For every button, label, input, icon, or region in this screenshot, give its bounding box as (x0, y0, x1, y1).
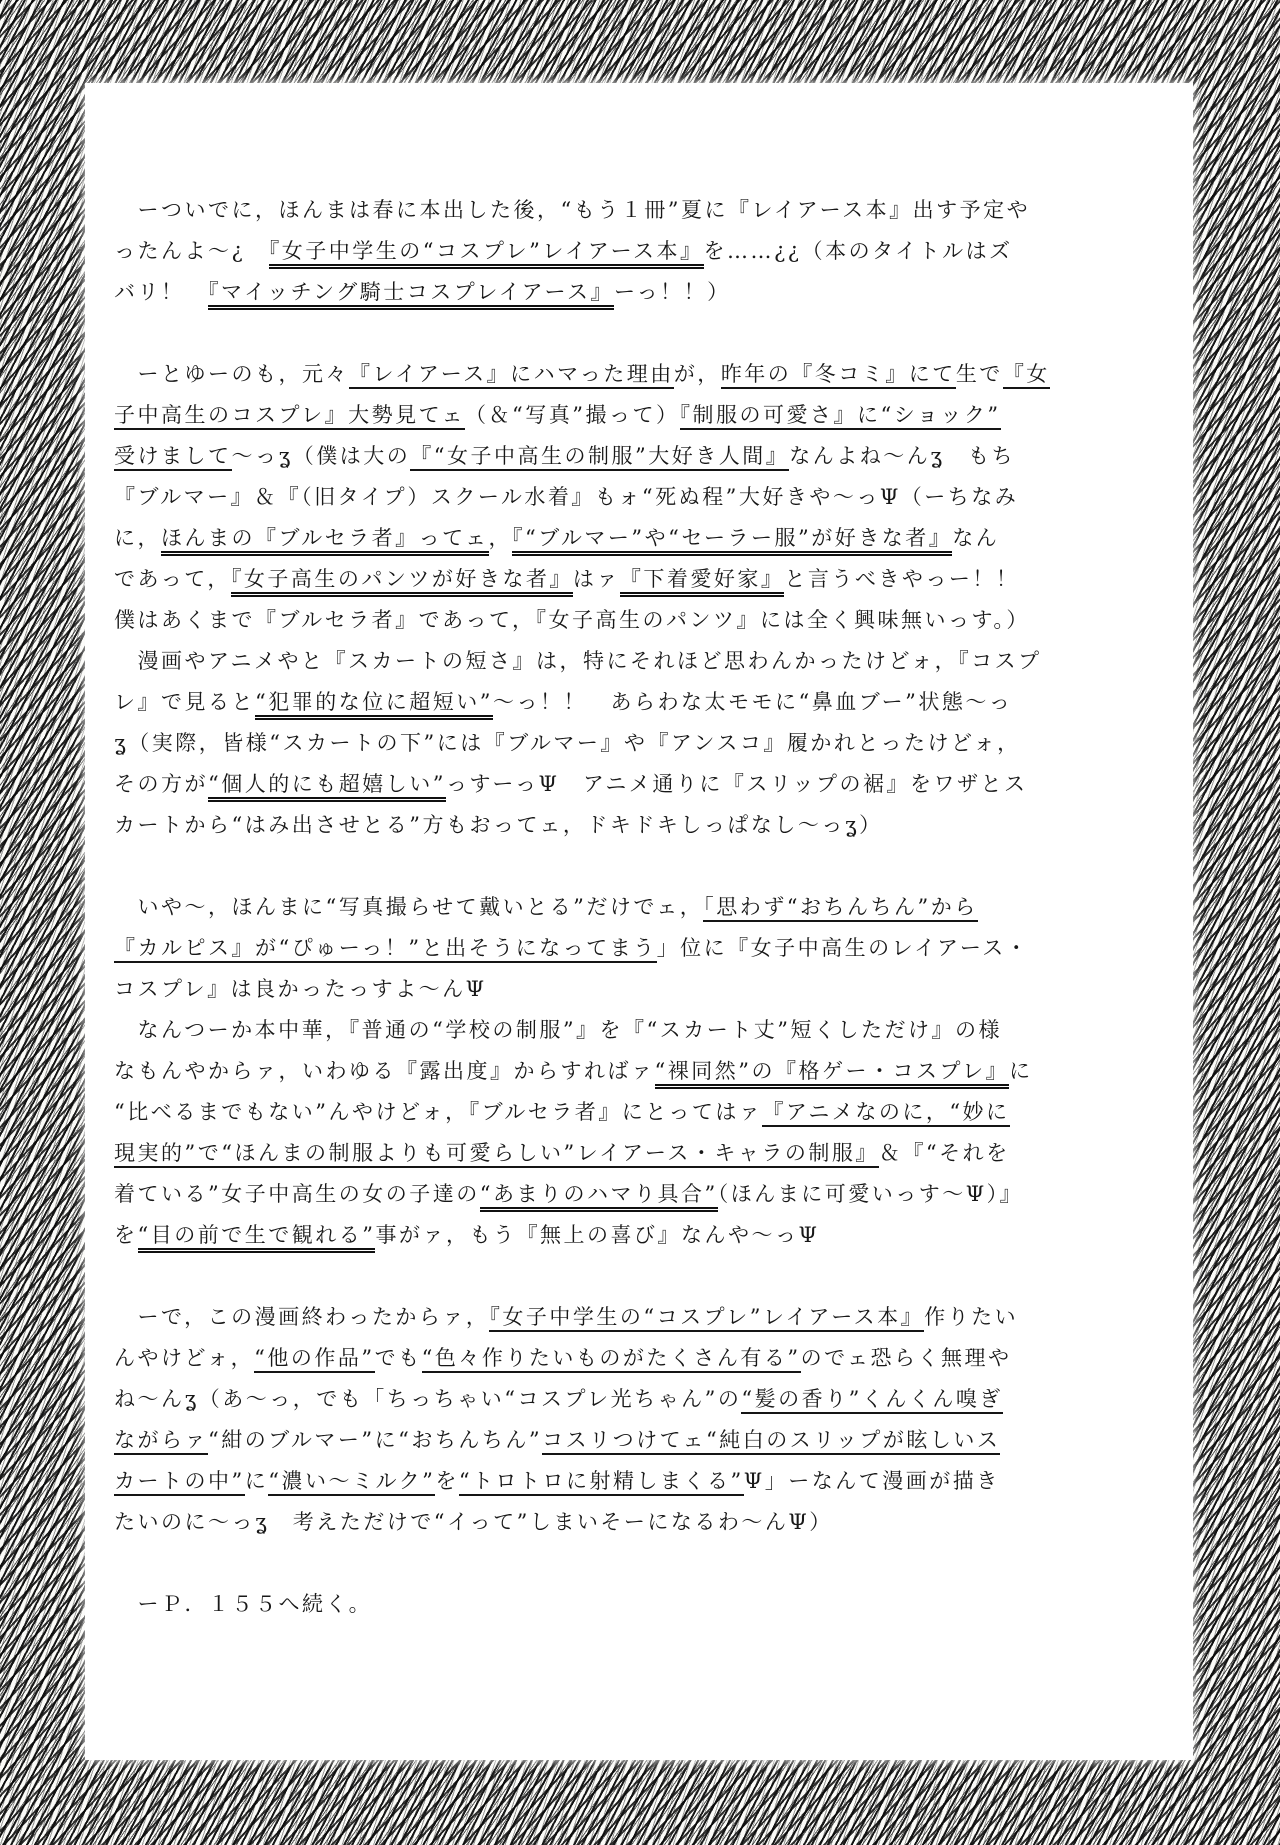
underlined-text: “他の作品” (254, 1346, 374, 1373)
text-segment: ね～んʓ（あ～っ，でも「ちっちゃい“コスプレ光ちゃん”の (114, 1387, 741, 1411)
underlined-text: カートの中” (114, 1469, 245, 1496)
underlined-text: 『カルピス』が“ぴゅーっ！”と出そうになってまう (114, 936, 657, 963)
text-line: んやけどォ，“他の作品”でも“色々作りたいものがたくさん有る”のでェ恐らく無理や (114, 1338, 1094, 1379)
text-segment: ʓ（実際，皆様“スカートの下”には『ブルマー』や『アンスコ』履かれとったけどォ， (114, 731, 1021, 755)
underlined-text: 『“ブルマー”や“セーラー服”が好きな者』 (512, 526, 952, 556)
text-segment: 事がァ，もう『無上の喜び』なんや～っΨ (375, 1223, 819, 1247)
text-segment: ーとゆーのも，元々 (114, 362, 349, 386)
text-segment: っすーっΨ アニメ通りに『スリップの裾』をワザとス (446, 772, 1028, 796)
text-segment: を……¿¿（本のタイトルはズ (704, 239, 1013, 263)
text-line: その方が“個人的にも超嬉しい”っすーっΨ アニメ通りに『スリップの裾』をワザとス (114, 764, 1094, 805)
text-line: レ』で見ると“犯罪的な位に超短い”～っ！！ あらわな太モモに“鼻血ブー”状態～っ (114, 682, 1094, 723)
underlined-text: 『女子中学生の“コスプレ”レイアース本』 (269, 239, 704, 269)
text-segment: （＆“写真”撮って） (465, 403, 679, 427)
text-segment: ～っ！！ あらわな太モモに“鼻血ブー”状態～っ (493, 690, 1012, 714)
paragraph: ーで，この漫画終わったからァ，『女子中学生の“コスプレ”レイアース本』作りたいん… (114, 1297, 1094, 1543)
text-line: カートの中”に“濃い～ミルク”を“トロトロに射精しまくる”Ψ」ーなんて漫画が描き (114, 1461, 1094, 1502)
text-segment: ーついでに，ほんまは春に本出した後，“もう１冊”夏に『レイアース本』出す予定や (114, 198, 1030, 222)
text-line: 現実的”で“ほんまの制服よりも可愛らしい”レイアース・キャラの制服』＆『“それを (114, 1133, 1094, 1174)
paragraph: ーＰ．１５５へ続く。 (114, 1584, 1094, 1625)
text-line: ʓ（実際，皆様“スカートの下”には『ブルマー』や『アンスコ』履かれとったけどォ， (114, 723, 1094, 764)
text-segment: “紺のブルマー”に“おちんちん” (208, 1428, 542, 1452)
underlined-text: 現実的”で“ほんまの制服よりも可愛らしい”レイアース・キャラの制服』 (114, 1141, 879, 1168)
text-line: コスプレ』は良かったっすよ～んΨ (114, 969, 1094, 1010)
text-segment: 生で (956, 362, 1003, 386)
text-line: なもんやからァ，いわゆる『露出度』からすればァ“裸同然”の『格ゲー・コスプレ』に (114, 1051, 1094, 1092)
underlined-text: 『レイアース』にハマった理由 (349, 362, 674, 389)
text-segment: 『ブルマー』＆『（旧タイプ）スクール水着』もォ“死ぬ程”大好きや～っΨ（ーちなみ (114, 485, 1018, 509)
text-segment: なん (952, 526, 999, 550)
text-line: 子中高生のコスプレ』大勢見てェ（＆“写真”撮って）『制服の可愛さ』に“ショック” (114, 395, 1094, 436)
underlined-text: ほんまの『ブルセラ者』ってェ (161, 526, 489, 556)
underlined-text: 『アニメなのに，“妙に (762, 1100, 1009, 1127)
text-line: ながらァ“紺のブルマー”に“おちんちん”コスリつけてェ“純白のスリップが眩しいス (114, 1420, 1094, 1461)
text-segment: のでェ恐らく無理や (801, 1346, 1012, 1370)
text-segment: に， (114, 526, 161, 550)
text-segment: なもんやからァ，いわゆる『露出度』からすればァ (114, 1059, 655, 1083)
text-line: 着ている”女子中高生の女の子達の“あまりのハマり具合”（ほんまに可愛いっす～Ψ）… (114, 1174, 1094, 1215)
text-line: を“目の前で生で観れる”事がァ，もう『無上の喜び』なんや～っΨ (114, 1215, 1094, 1256)
underlined-text: 受けまして (114, 444, 232, 471)
body-text: ーついでに，ほんまは春に本出した後，“もう１冊”夏に『レイアース本』出す予定やっ… (114, 190, 1094, 1625)
text-segment: を (114, 1223, 138, 1247)
paragraph: ーついでに，ほんまは春に本出した後，“もう１冊”夏に『レイアース本』出す予定やっ… (114, 190, 1094, 313)
text-segment: と言うべきやっー！！ (784, 567, 1019, 591)
text-segment: カートから“はみ出させとる”方もおってェ，ドキドキしっぱなし～っʓ） (114, 813, 883, 837)
text-segment: バリ！ (114, 280, 208, 304)
underlined-text: “あまりのハマり具合” (480, 1182, 718, 1212)
scanned-page: ーついでに，ほんまは春に本出した後，“もう１冊”夏に『レイアース本』出す予定やっ… (88, 86, 1190, 1757)
underlined-text: “裸同然”の『格ゲー・コスプレ』 (655, 1059, 1010, 1089)
underlined-text: ながらァ (114, 1428, 208, 1455)
text-segment: でも (375, 1346, 422, 1370)
text-segment: ったんよ～¿ (114, 239, 269, 263)
text-line: いや～，ほんまに“写真撮らせて戴いとる”だけでェ，「思わず“おちんちん”から (114, 887, 1094, 928)
text-segment: いや～，ほんまに“写真撮らせて戴いとる”だけでェ， (114, 895, 703, 919)
text-segment: が， (674, 362, 721, 386)
underlined-text: 子中高生のコスプレ』大勢見てェ (114, 403, 465, 430)
text-segment: ーで，この漫画終わったからァ， (114, 1305, 489, 1329)
text-line: 『ブルマー』＆『（旧タイプ）スクール水着』もォ“死ぬ程”大好きや～っΨ（ーちなみ (114, 477, 1094, 518)
underlined-text: 「思わず“おちんちん”から (703, 895, 977, 922)
underlined-text: 『女 (1003, 362, 1050, 389)
text-line: “比べるまでもない”んやけどォ，『ブルセラ者』にとってはァ『アニメなのに，“妙に (114, 1092, 1094, 1133)
paragraph: ーとゆーのも，元々『レイアース』にハマった理由が，昨年の『冬コミ』にて生で『女子… (114, 354, 1094, 846)
paragraph: いや～，ほんまに“写真撮らせて戴いとる”だけでェ，「思わず“おちんちん”から『カ… (114, 887, 1094, 1256)
text-segment: ーＰ．１５５へ続く。 (114, 1592, 372, 1616)
text-line: バリ！ 『マイッチング騎士コスプレイアース』ーっ！！） (114, 272, 1094, 313)
text-line: 受けまして～っʓ（僕は大の『“女子中高生の制服”大好き人間』なんよね～んʓ もち (114, 436, 1094, 477)
text-segment: 着ている”女子中高生の女の子達の (114, 1182, 480, 1206)
underlined-text: 『女子高生のパンツが好きな者』 (231, 567, 573, 597)
text-line: 僕はあくまで『ブルセラ者』であって，『女子高生のパンツ』には全く興味無いっす。） (114, 600, 1094, 641)
text-line: 『カルピス』が“ぴゅーっ！”と出そうになってまう」位に『女子中高生のレイアース・ (114, 928, 1094, 969)
text-segment: なんつーか本中華，『普通の“学校の制服”』を『“スカート丈”短くしただけ』の様 (114, 1018, 1002, 1042)
underlined-text: 『女子中学生の“コスプレ”レイアース本』 (489, 1305, 924, 1332)
text-line: ーで，この漫画終わったからァ，『女子中学生の“コスプレ”レイアース本』作りたい (114, 1297, 1094, 1338)
underlined-text: “純白のスリップが眩しいス (706, 1428, 1000, 1455)
text-segment: コスプレ』は良かったっすよ～んΨ (114, 977, 487, 1001)
underlined-text: “色々作りたいものがたくさん有る” (422, 1346, 801, 1373)
text-segment: その方が (114, 772, 208, 796)
underlined-text: “髪の香り”くんくん嗅ぎ (741, 1387, 1002, 1414)
underlined-text: 『制服の可愛さ』に“ショック” (680, 403, 1001, 430)
text-line: ーとゆーのも，元々『レイアース』にハマった理由が，昨年の『冬コミ』にて生で『女 (114, 354, 1094, 395)
text-segment: んやけどォ， (114, 1346, 254, 1370)
text-segment: に (245, 1469, 269, 1493)
text-segment: ， (489, 526, 513, 550)
text-segment: Ψ」ーなんて漫画が描き (744, 1469, 1000, 1493)
text-segment: なんよね～んʓ もち (789, 444, 1015, 468)
text-line: ーついでに，ほんまは春に本出した後，“もう１冊”夏に『レイアース本』出す予定や (114, 190, 1094, 231)
text-segment: に (1009, 1059, 1033, 1083)
text-line: であって，『女子高生のパンツが好きな者』はァ『下着愛好家』と言うべきやっー！！ (114, 559, 1094, 600)
text-segment: 漫画やアニメやと『スカートの短さ』は，特にそれほど思わんかったけどォ，『コスプ (114, 649, 1042, 673)
text-line: ーＰ．１５５へ続く。 (114, 1584, 1094, 1625)
underlined-text: “トロトロに射精しまくる” (459, 1469, 744, 1496)
underlined-text: コスリつけてェ (542, 1428, 706, 1455)
underlined-text: “目の前で生で観れる” (138, 1223, 376, 1253)
text-segment: （ほんまに可愛いっす～Ψ）』 (718, 1182, 1023, 1206)
text-segment: レ』で見ると (114, 690, 255, 714)
text-segment: はァ (573, 567, 620, 591)
text-segment: 僕はあくまで『ブルセラ者』であって，『女子高生のパンツ』には全く興味無いっす。） (114, 608, 1030, 632)
text-line: たいのに～っʓ 考えただけで“イって”しまいそーになるわ～んΨ） (114, 1502, 1094, 1543)
text-line: ね～んʓ（あ～っ，でも「ちっちゃい“コスプレ光ちゃん”の“髪の香り”くんくん嗅ぎ (114, 1379, 1094, 1420)
text-segment: ーっ！！） (614, 280, 731, 304)
text-line: カートから“はみ出させとる”方もおってェ，ドキドキしっぱなし～っʓ） (114, 805, 1094, 846)
underlined-text: “個人的にも超嬉しい” (208, 772, 446, 802)
text-line: なんつーか本中華，『普通の“学校の制服”』を『“スカート丈”短くしただけ』の様 (114, 1010, 1094, 1051)
text-segment: “比べるまでもない”んやけどォ，『ブルセラ者』にとってはァ (114, 1100, 762, 1124)
text-segment: 作りたい (924, 1305, 1018, 1329)
text-segment: ～っʓ（僕は大の (232, 444, 411, 468)
underlined-text: 昨年の『冬コミ』にて (721, 362, 956, 389)
text-line: 漫画やアニメやと『スカートの短さ』は，特にそれほど思わんかったけどォ，『コスプ (114, 641, 1094, 682)
underlined-text: “濃い～ミルク” (268, 1469, 435, 1496)
text-segment: 」位に『女子中高生のレイアース・ (657, 936, 1030, 960)
text-line: に，ほんまの『ブルセラ者』ってェ，『“ブルマー”や“セーラー服”が好きな者』なん (114, 518, 1094, 559)
text-segment: たいのに～っʓ 考えただけで“イって”しまいそーになるわ～んΨ） (114, 1510, 833, 1534)
text-segment: ＆『“それを (879, 1141, 1010, 1165)
underlined-text: “犯罪的な位に超短い” (255, 690, 493, 720)
text-segment: であって， (114, 567, 231, 591)
underlined-text: 『マイッチング騎士コスプレイアース』 (208, 280, 614, 310)
underlined-text: 『“女子中高生の制服”大好き人間』 (410, 444, 789, 471)
text-line: ったんよ～¿ 『女子中学生の“コスプレ”レイアース本』を……¿¿（本のタイトルは… (114, 231, 1094, 272)
text-segment: を (435, 1469, 459, 1493)
underlined-text: 『下着愛好家』 (620, 567, 785, 597)
